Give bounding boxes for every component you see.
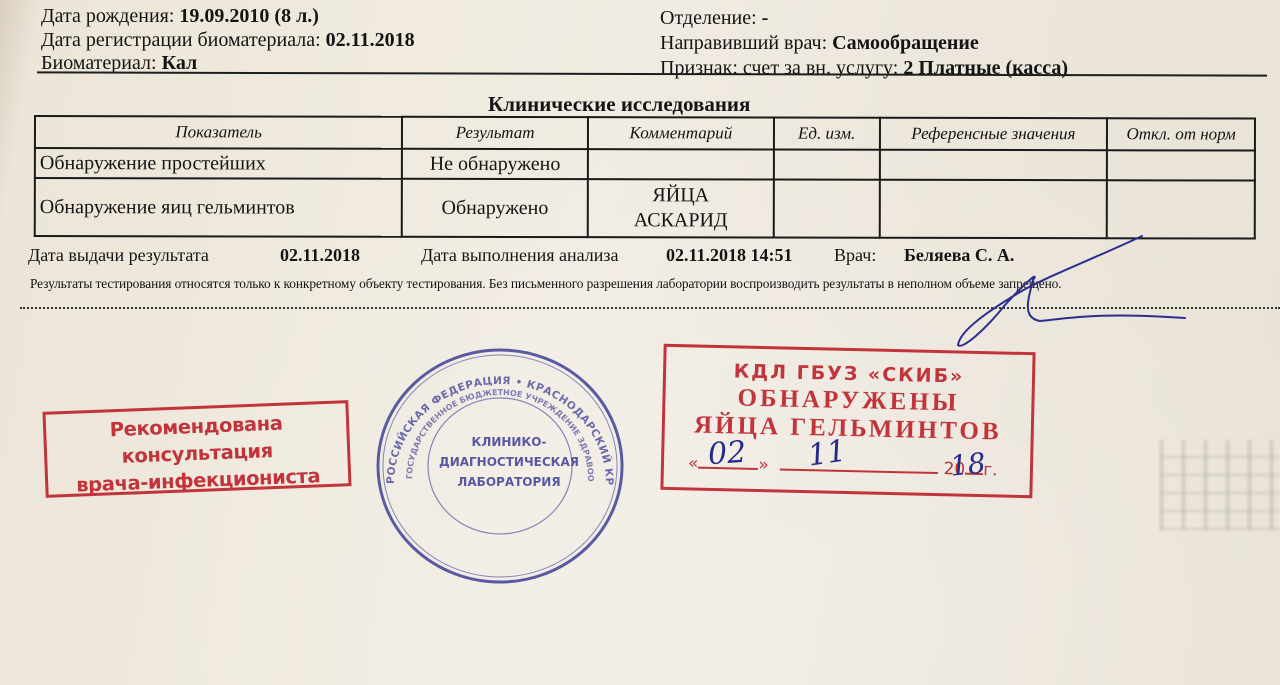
- deviation-cell: [1107, 150, 1255, 180]
- date-open-quote: «: [688, 453, 699, 473]
- indicator-cell: Обнаружение простейших: [35, 148, 402, 179]
- doctor-value: Беляева С. А.: [904, 245, 1014, 266]
- reference-cell: [879, 150, 1107, 180]
- lab-stamp-line1: КЛИНИКО-: [436, 432, 582, 452]
- service-line: Признак: счет за вн. услугу: 2 Платные (…: [660, 56, 1068, 80]
- analysis-date-label: Дата выполнения анализа: [421, 245, 619, 266]
- disclaimer-text: Результаты тестирования относятся только…: [30, 276, 1062, 292]
- analysis-date-value: 02.11.2018 14:51: [666, 245, 793, 266]
- referring-doctor-line: Направивший врач: Самообращение: [660, 31, 979, 55]
- reference-cell: [879, 180, 1107, 238]
- table-header-row: Показатель Результат Комментарий Ед. изм…: [35, 116, 1255, 151]
- referring-doctor-label: Направивший врач:: [660, 32, 827, 54]
- handwritten-day: 02: [707, 435, 748, 473]
- registration-date-value: 02.11.2018: [326, 29, 415, 51]
- lab-stamp-line3: ЛАБОРАТОРИЯ: [436, 472, 582, 492]
- handwritten-year: 18: [948, 446, 987, 483]
- comment-line: АСКАРИД: [593, 208, 769, 233]
- biomaterial-value: Кал: [162, 52, 198, 74]
- result-cell: Обнаружено: [402, 179, 588, 237]
- department-line: Отделение: -: [660, 6, 768, 30]
- referring-doctor-value: Самообращение: [832, 32, 979, 54]
- issue-date-label: Дата выдачи результата: [28, 245, 209, 266]
- indicator-cell: Обнаружение яиц гельминтов: [35, 178, 402, 237]
- department-label: Отделение:: [660, 7, 757, 29]
- comment-cell: ЯЙЦА АСКАРИД: [588, 179, 774, 237]
- unit-cell: [774, 150, 880, 180]
- column-header-reference: Референсные значения: [880, 118, 1108, 150]
- column-header-comment: Комментарий: [588, 117, 774, 149]
- registration-date-label: Дата регистрации биоматериала:: [41, 29, 321, 51]
- header-divider: [37, 71, 1267, 76]
- birth-date-line: Дата рождения: 19.09.2010 (8 л.): [41, 4, 319, 28]
- column-header-unit: Ед. изм.: [774, 118, 880, 150]
- date-close-quote: »: [758, 455, 769, 475]
- table-row: Обнаружение яиц гельминтов Обнаружено ЯЙ…: [35, 178, 1255, 239]
- department-value: -: [762, 7, 769, 29]
- doctor-label: Врач:: [834, 245, 876, 266]
- birth-date-value: 19.09.2010 (8 л.): [179, 5, 319, 27]
- lab-stamp-center: КЛИНИКО- ДИАГНОСТИЧЕСКАЯ ЛАБОРАТОРИЯ: [436, 432, 582, 492]
- comment-line: ЯЙЦА: [593, 183, 769, 208]
- column-header-deviation: Откл. от норм: [1107, 118, 1255, 150]
- unit-cell: [774, 180, 880, 238]
- result-cell: Не обнаружено: [402, 149, 588, 179]
- registration-date-line: Дата регистрации биоматериала: 02.11.201…: [41, 28, 415, 52]
- section-title: Клинические исследования: [488, 92, 750, 117]
- issue-date-value: 02.11.2018: [280, 245, 360, 266]
- column-header-result: Результат: [402, 117, 588, 149]
- service-label: Признак: счет за вн. услугу:: [660, 57, 898, 79]
- table-row: Обнаружение простейших Не обнаружено: [35, 148, 1255, 181]
- lab-stamp-line2: ДИАГНОСТИЧЕСКАЯ: [436, 452, 582, 472]
- tear-line: [20, 307, 1280, 309]
- birth-date-label: Дата рождения:: [41, 5, 174, 27]
- consultation-stamp: Рекомендована консультация врача-инфекци…: [42, 400, 351, 498]
- column-header-indicator: Показатель: [35, 116, 402, 149]
- ink-smudge: [1160, 440, 1280, 530]
- results-table: Показатель Результат Комментарий Ед. изм…: [34, 115, 1256, 240]
- comment-cell: [588, 149, 774, 179]
- handwritten-month: 11: [806, 434, 849, 474]
- deviation-cell: [1107, 180, 1255, 238]
